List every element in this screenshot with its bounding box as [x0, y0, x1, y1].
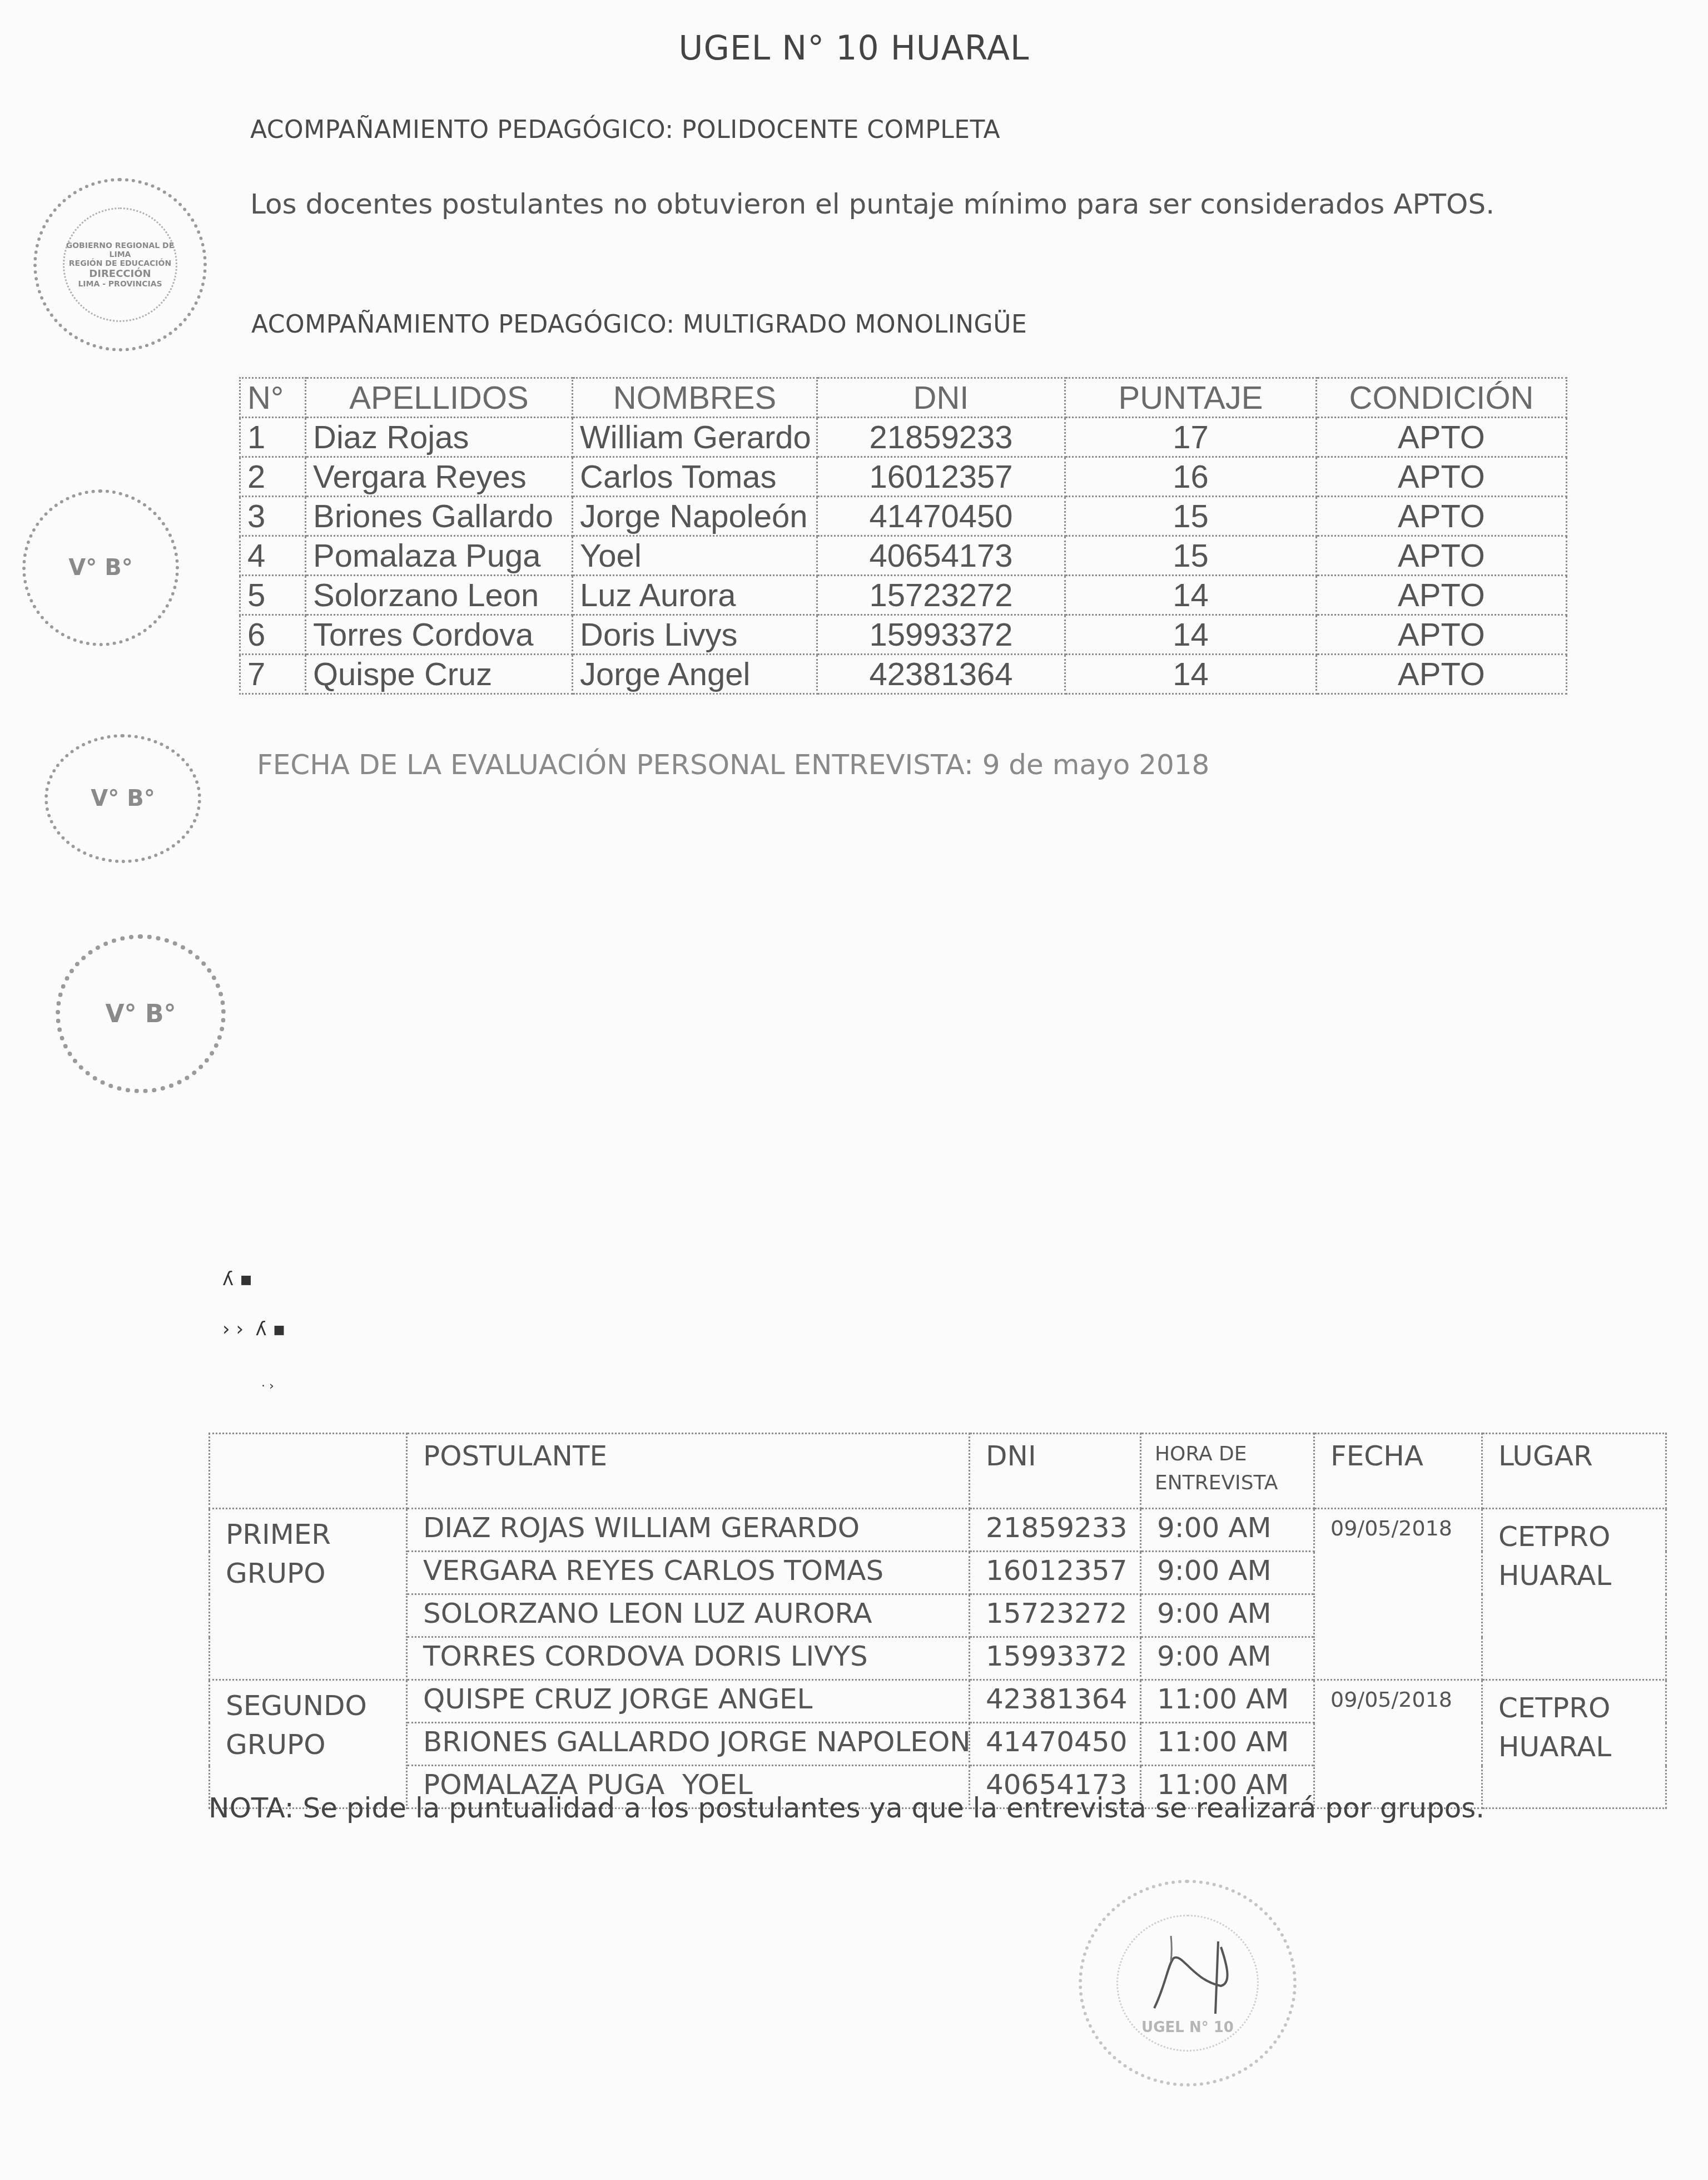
cell-nombres: Jorge Angel	[573, 655, 817, 694]
cell-nombres: Doris Livys	[573, 615, 817, 655]
group-lugar: CETPRO HUARAL	[1482, 1509, 1666, 1680]
aptos-table: N° APELLIDOS NOMBRES DNI PUNTAJE CONDICI…	[239, 377, 1567, 695]
cell-number: 6	[240, 615, 306, 655]
schedule-header-row: POSTULANTE DNI HORA DE ENTREVISTA FECHA …	[210, 1434, 1666, 1509]
polidocente-note: Los docentes postulantes no obtuvieron e…	[250, 188, 1494, 220]
cell-hora: 9:00 AM	[1141, 1637, 1314, 1680]
header-lugar: LUGAR	[1482, 1434, 1666, 1509]
cell-condicion: APTO	[1317, 457, 1567, 497]
cell-postulante: QUISPE CRUZ JORGE ANGEL	[407, 1680, 970, 1723]
cell-apellidos: Torres Cordova	[306, 615, 573, 655]
vobo-stamp-icon: V° B°	[22, 489, 179, 646]
table-row: 1 Diaz Rojas William Gerardo 21859233 17…	[240, 418, 1567, 457]
group-fecha: 09/05/2018	[1314, 1509, 1482, 1680]
group-label: PRIMER GRUPO	[210, 1509, 407, 1680]
seal-bottom-text: LIMA - PROVINCIAS	[78, 280, 162, 289]
cell-nombres: Jorge Napoleón	[573, 497, 817, 536]
cell-postulante: DIAZ ROJAS WILLIAM GERARDO	[407, 1509, 970, 1552]
vobo-stamp-text: V° B°	[106, 1000, 176, 1028]
cell-nombres: Carlos Tomas	[573, 457, 817, 497]
cell-hora: 9:00 AM	[1141, 1509, 1314, 1552]
cell-dni: 42381364	[970, 1680, 1141, 1723]
cell-number: 3	[240, 497, 306, 536]
cell-hora: 9:00 AM	[1141, 1552, 1314, 1594]
cell-apellidos: Pomalaza Puga	[306, 536, 573, 576]
cell-condicion: APTO	[1317, 497, 1567, 536]
cell-number: 7	[240, 655, 306, 694]
table-header-row: N° APELLIDOS NOMBRES DNI PUNTAJE CONDICI…	[240, 378, 1567, 418]
table-row: 6 Torres Cordova Doris Livys 15993372 14…	[240, 615, 1567, 655]
cell-apellidos: Vergara Reyes	[306, 457, 573, 497]
header-apellidos: APELLIDOS	[306, 378, 573, 418]
cell-dni: 21859233	[970, 1509, 1141, 1552]
cell-apellidos: Briones Gallardo	[306, 497, 573, 536]
section-heading-multigrado: ACOMPAÑAMIENTO PEDAGÓGICO: MULTIGRADO MO…	[251, 310, 1027, 339]
table-row: PRIMER GRUPO DIAZ ROJAS WILLIAM GERARDO …	[210, 1509, 1666, 1552]
seal-center-text: DIRECCIÓN	[89, 268, 151, 280]
cell-postulante: VERGARA REYES CARLOS TOMAS	[407, 1552, 970, 1594]
seal-inner-text: REGIÓN DE EDUCACIÓN	[69, 259, 171, 268]
cell-nombres: William Gerardo	[573, 418, 817, 457]
section-heading-polidocente: ACOMPAÑAMIENTO PEDAGÓGICO: POLIDOCENTE C…	[250, 116, 1000, 144]
group-fecha: 09/05/2018	[1314, 1680, 1482, 1809]
group-label: SEGUNDO GRUPO	[210, 1680, 407, 1809]
header-condicion: CONDICIÓN	[1317, 378, 1567, 418]
cell-postulante: BRIONES GALLARDO JORGE NAPOLEON	[407, 1723, 970, 1766]
cell-condicion: APTO	[1317, 576, 1567, 615]
cell-number: 5	[240, 576, 306, 615]
cell-dni: 41470450	[970, 1723, 1141, 1766]
cell-puntaje: 17	[1065, 418, 1317, 457]
table-row: 4 Pomalaza Puga Yoel 40654173 15 APTO	[240, 536, 1567, 576]
header-group	[210, 1434, 407, 1509]
official-seal-stamp-icon: GOBIERNO REGIONAL DE LIMA REGIÓN DE EDUC…	[33, 178, 207, 351]
cell-dni: 16012357	[970, 1552, 1141, 1594]
document-title: UGEL N° 10 HUARAL	[0, 29, 1708, 68]
cell-dni: 42381364	[817, 655, 1065, 694]
cell-postulante: TORRES CORDOVA DORIS LIVYS	[407, 1637, 970, 1680]
table-row: SEGUNDO GRUPO QUISPE CRUZ JORGE ANGEL 42…	[210, 1680, 1666, 1723]
cell-condicion: APTO	[1317, 536, 1567, 576]
cell-dni: 15993372	[970, 1637, 1141, 1680]
cell-number: 2	[240, 457, 306, 497]
cell-dni: 16012357	[817, 457, 1065, 497]
cell-dni: 15993372	[817, 615, 1065, 655]
table-row: 3 Briones Gallardo Jorge Napoleón 414704…	[240, 497, 1567, 536]
cell-apellidos: Diaz Rojas	[306, 418, 573, 457]
cell-puntaje: 16	[1065, 457, 1317, 497]
cell-dni: 40654173	[817, 536, 1065, 576]
cell-dni: 15723272	[817, 576, 1065, 615]
group-lugar: CETPRO HUARAL	[1482, 1680, 1666, 1809]
cell-dni: 41470450	[817, 497, 1065, 536]
cell-nombres: Luz Aurora	[573, 576, 817, 615]
cell-nombres: Yoel	[573, 536, 817, 576]
signature-seal-text: UGEL N° 10	[1141, 2019, 1234, 2036]
signature-seal-icon: UGEL N° 10	[1079, 1880, 1297, 2087]
interview-schedule-table: POSTULANTE DNI HORA DE ENTREVISTA FECHA …	[208, 1433, 1667, 1809]
vobo-stamp-text: V° B°	[68, 555, 132, 581]
header-puntaje: PUNTAJE	[1065, 378, 1317, 418]
vobo-stamp-icon: V° B°	[56, 934, 226, 1093]
header-nombres: NOMBRES	[573, 378, 817, 418]
header-fecha: FECHA	[1314, 1434, 1482, 1509]
cell-puntaje: 15	[1065, 497, 1317, 536]
cell-hora: 9:00 AM	[1141, 1594, 1314, 1637]
cell-condicion: APTO	[1317, 655, 1567, 694]
seal-outer-text: GOBIERNO REGIONAL DE LIMA	[64, 241, 176, 259]
cell-condicion: APTO	[1317, 615, 1567, 655]
cell-postulante: SOLORZANO LEON LUZ AURORA	[407, 1594, 970, 1637]
header-dni: DNI	[817, 378, 1065, 418]
table-row: 5 Solorzano Leon Luz Aurora 15723272 14 …	[240, 576, 1567, 615]
table-row: 2 Vergara Reyes Carlos Tomas 16012357 16…	[240, 457, 1567, 497]
table-row: 7 Quispe Cruz Jorge Angel 42381364 14 AP…	[240, 655, 1567, 694]
cell-puntaje: 14	[1065, 655, 1317, 694]
header-postulante: POSTULANTE	[407, 1434, 970, 1509]
cell-apellidos: Solorzano Leon	[306, 576, 573, 615]
scan-mark: · ›	[261, 1379, 274, 1393]
cell-number: 4	[240, 536, 306, 576]
cell-hora: 11:00 AM	[1141, 1723, 1314, 1766]
cell-dni: 21859233	[817, 418, 1065, 457]
signature-icon	[1138, 1930, 1238, 2019]
nota-text: NOTA: Se pide la puntualidad a los postu…	[208, 1792, 1484, 1824]
vobo-stamp-icon: V° B°	[44, 734, 201, 863]
header-hora: HORA DE ENTREVISTA	[1141, 1434, 1314, 1509]
cell-apellidos: Quispe Cruz	[306, 655, 573, 694]
cell-hora: 11:00 AM	[1141, 1680, 1314, 1723]
cell-puntaje: 15	[1065, 536, 1317, 576]
header-dni: DNI	[970, 1434, 1141, 1509]
cell-number: 1	[240, 418, 306, 457]
vobo-stamp-text: V° B°	[91, 786, 155, 811]
cell-puntaje: 14	[1065, 576, 1317, 615]
cell-puntaje: 14	[1065, 615, 1317, 655]
cell-dni: 15723272	[970, 1594, 1141, 1637]
evaluation-date: FECHA DE LA EVALUACIÓN PERSONAL ENTREVIS…	[257, 749, 1209, 781]
header-number: N°	[240, 378, 306, 418]
scan-mark: ʎ ▪	[222, 1268, 252, 1290]
cell-condicion: APTO	[1317, 418, 1567, 457]
scan-mark: › › ʎ ▪	[222, 1318, 286, 1340]
